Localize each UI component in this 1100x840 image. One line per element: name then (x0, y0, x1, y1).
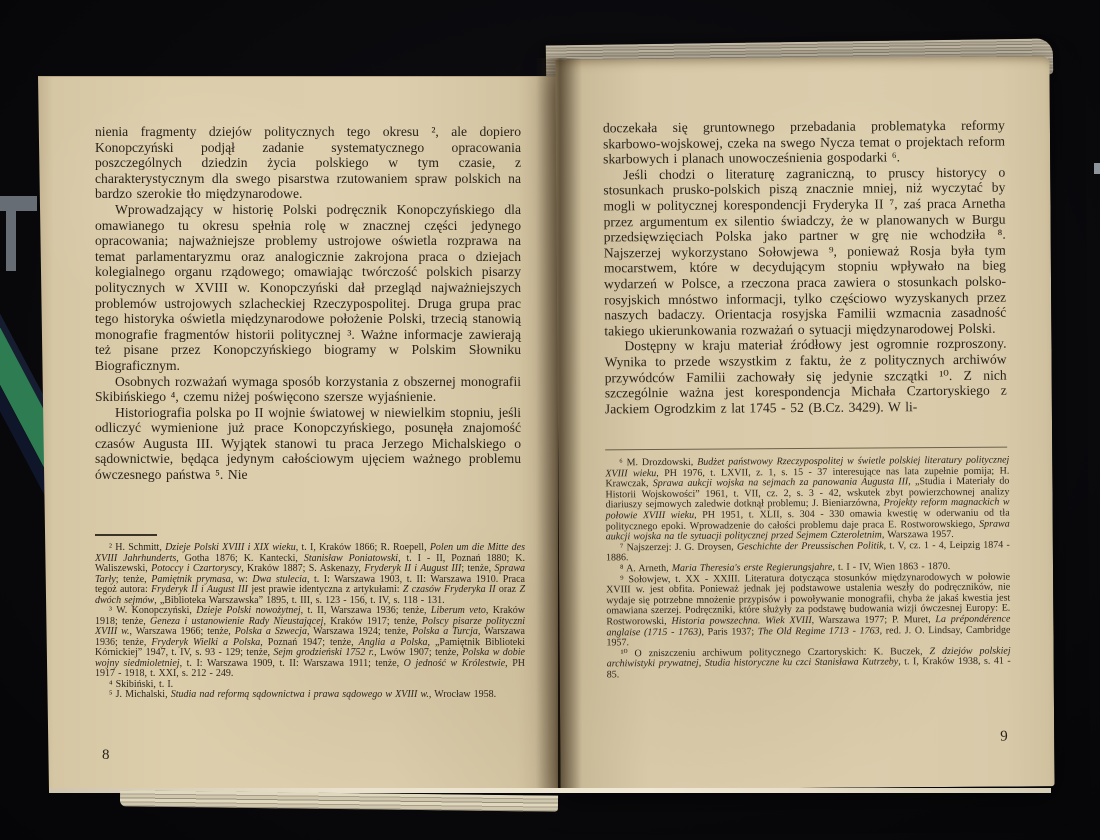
page-number: 8 (102, 747, 110, 764)
footnote: ⁶ M. Drozdowski, Budżet państwowy Rzeczy… (605, 456, 1010, 544)
body-paragraph: nienia fragmenty dziejów politycznych te… (95, 124, 521, 202)
footnote: ² H. Schmitt, Dzieje Polski XVIII i XIX … (95, 543, 525, 606)
footnote-separator-rule (605, 447, 1007, 451)
background-letter-shape-stem (6, 196, 16, 271)
body-paragraph: Osobnych rozważań wymaga sposób korzysta… (95, 374, 521, 405)
footnote-separator-rule (95, 534, 157, 536)
right-page-footnotes: ⁶ M. Drozdowski, Budżet państwowy Rzeczy… (605, 456, 1011, 681)
body-paragraph: Jeśli chodzi o literaturę zagraniczną, t… (603, 164, 1006, 338)
footnote: ⁹ Sołowjew, t. XX - XXIII. Literatura do… (606, 572, 1011, 649)
page-stack-bottom-edge (120, 790, 558, 811)
footnote: ⁵ J. Michalski, Studia nad reformą sądow… (95, 690, 525, 701)
photo-background: nienia fragmenty dziejów politycznych te… (0, 0, 1100, 840)
background-letter-shape (0, 196, 37, 271)
footnote: ³ W. Konopczyński, Dzieje Polski nowożyt… (95, 606, 525, 680)
right-page: doczekała się gruntownego przebadania pr… (555, 56, 1054, 789)
left-page: nienia fragmenty dziejów politycznych te… (38, 76, 558, 791)
right-page-body: doczekała się gruntownego przebadania pr… (603, 118, 1007, 417)
footnote: ¹⁰ O zniszczeniu archiwum politycznego C… (607, 646, 1011, 681)
body-paragraph: doczekała się gruntownego przebadania pr… (603, 118, 1005, 168)
left-page-body: nienia fragmenty dziejów politycznych te… (95, 124, 521, 483)
right-edge-mark (1094, 163, 1100, 174)
body-paragraph: Historiografia polska po II wojnie świat… (95, 405, 521, 483)
body-paragraph: Dostępny w kraju materiał źródłowy jest … (604, 336, 1007, 417)
body-paragraph: Wprowadzający w historię Polski podręczn… (95, 202, 521, 374)
page-number: 9 (1000, 729, 1008, 746)
left-page-footnotes: ² H. Schmitt, Dzieje Polski XVIII i XIX … (95, 543, 525, 701)
